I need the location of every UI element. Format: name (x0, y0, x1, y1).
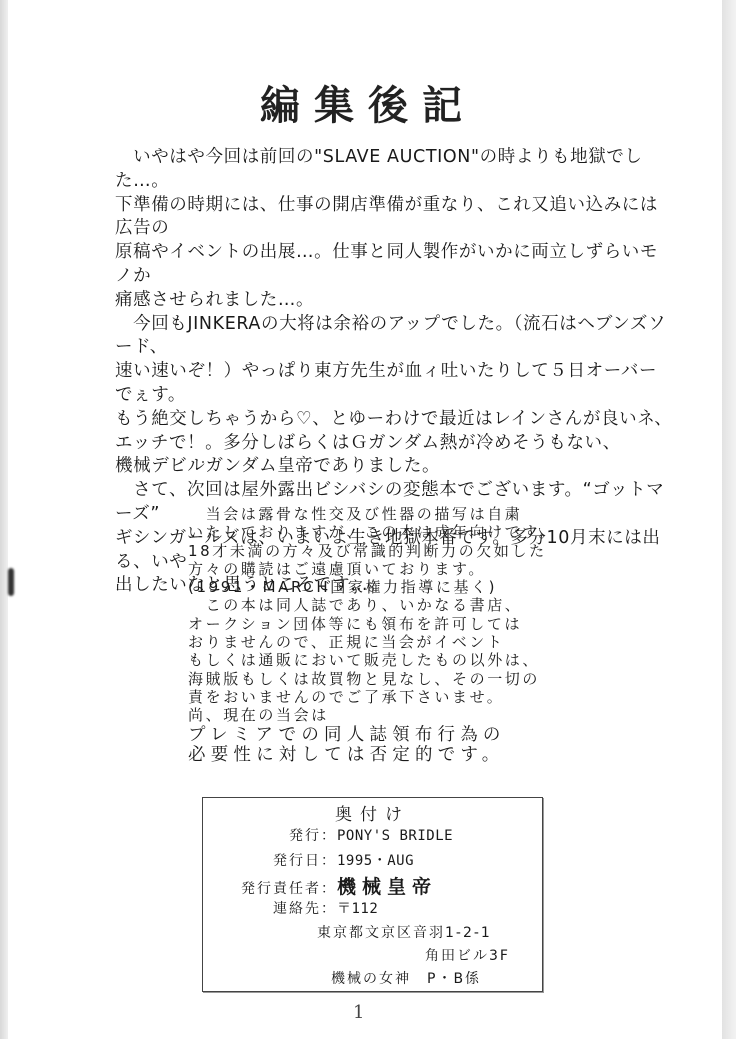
page-binding-edge (0, 0, 8, 1039)
scan-blot (8, 568, 14, 596)
legal-notice: 当会は露骨な性交及び性器の描写は自粛 いたしておりますが、この本は成年向けです。… (188, 505, 588, 765)
notice-line: もしくは通販において販売したもの以外は、 (188, 651, 588, 669)
afterword-line: 痛感させられました…。 (115, 289, 675, 313)
notice-line: この本は同人誌であり、いかなる書店、 (188, 596, 588, 614)
address-line-1: 東京都文京区音羽1-2-1 (317, 922, 492, 942)
afterword-line: いやはや今回は前回の"SLAVE AUCTION"の時よりも地獄でした…。 (115, 146, 675, 194)
publisher-label: 発行： (203, 825, 337, 845)
date-value: 1995・AUG (337, 853, 414, 869)
colophon-publisher: 発行：PONY'S BRIDLE (203, 825, 453, 845)
notice-line: 18才未満の方々及び常識的判断力の欠如した (188, 542, 588, 560)
notice-line: 当会は露骨な性交及び性器の描写は自粛 (188, 505, 588, 523)
colophon-box: 奥付け 発行：PONY'S BRIDLE 発行日：1995・AUG 発行責任者：… (202, 797, 543, 992)
notice-line: 尚、現在の当会は (188, 706, 588, 724)
colophon-responsible: 発行責任者：機械皇帝 (203, 872, 437, 899)
colophon-title: 奥付け (203, 800, 542, 825)
contact-postal: 〒112 (337, 901, 378, 917)
publisher-value: PONY'S BRIDLE (337, 828, 453, 844)
colophon-contact: 連絡先：〒112 (203, 898, 378, 918)
notice-emphasis-line: プレミアでの同人誌領布行為の (188, 725, 588, 745)
afterword-line: 下準備の時期には、仕事の開店準備が重なり、これ又追い込みには広告の (115, 194, 675, 242)
page-number: 1 (353, 1002, 364, 1023)
date-label: 発行日： (203, 850, 337, 870)
page-title: 編集後記 (0, 74, 736, 131)
afterword-line: 今回もJINKERAの大将は余裕のアップでした。（流石はヘブンズソード、 (115, 313, 675, 361)
responsible-label: 発行責任者： (203, 878, 337, 898)
contact-label: 連絡先： (203, 898, 337, 918)
afterword-line: もう絶交しちゃうから♡、とゆーわけで最近はレインさんが良いネ、 (115, 408, 675, 432)
address-line-2: 角田ビル3F (425, 945, 510, 965)
afterword-line: エッチで！。多分しばらくはＧガンダム熱が冷めそうもない、 (115, 432, 675, 456)
notice-line: 方々の購読はご遠慮頂いております。 (188, 560, 588, 578)
notice-emphasis-line: 必要性に対しては否定的です。 (188, 745, 588, 765)
notice-line: (1991・MARCH国家権力指導に基く) (188, 578, 588, 596)
notice-line: 海賊版もしくは故買物と見なし、その一切の (188, 670, 588, 688)
notice-line: いたしておりますが、この本は成年向けです。 (188, 523, 588, 541)
page-right-edge (722, 0, 736, 1039)
colophon-date: 発行日：1995・AUG (203, 850, 414, 870)
afterword-line: 機械デビルガンダム皇帝でありました。 (115, 455, 675, 479)
notice-line: おりませんので、正規に当会がイベント (188, 633, 588, 651)
afterword-line: 原稿やイベントの出展…。仕事と同人製作がいかに両立しずらいモノか (115, 241, 675, 289)
afterword-line: 速い速いぞ！）やっぱり東方先生が血ィ吐いたりして５日オーバーでぇす。 (115, 360, 675, 408)
notice-line: オークション団体等にも領布を許可しては (188, 615, 588, 633)
address-line-3: 機械の女神 P・B係 (331, 968, 481, 988)
responsible-value: 機械皇帝 (337, 876, 437, 898)
notice-line: 責をおいませんのでご了承下さいませ。 (188, 688, 588, 706)
